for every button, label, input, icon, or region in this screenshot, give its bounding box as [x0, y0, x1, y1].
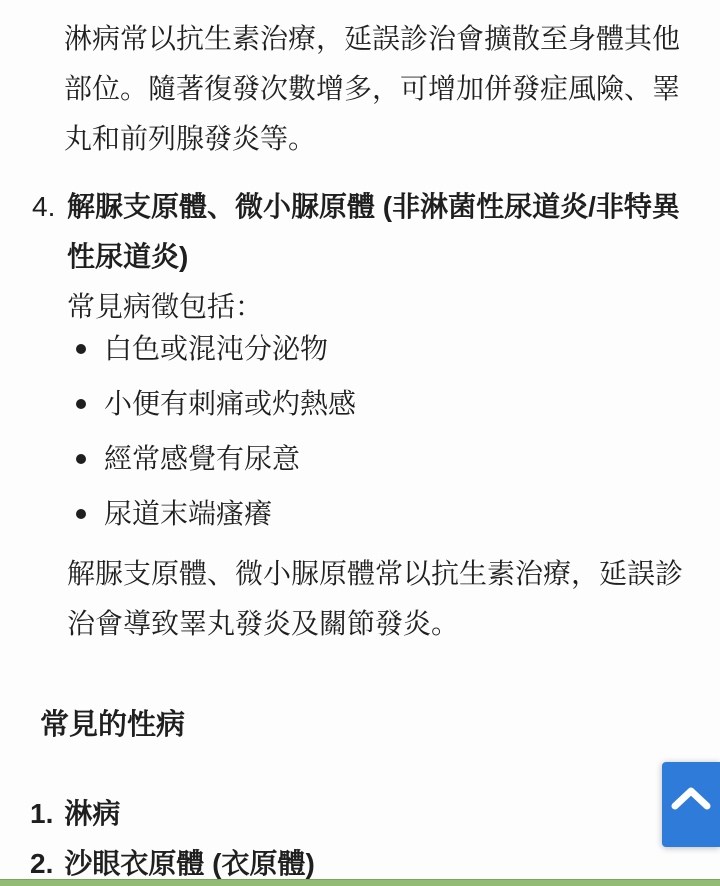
std-list: 1. 淋病 2. 沙眼衣原體 (衣原體) [30, 789, 720, 886]
list-item-4: 4. 解脲支原體、微小脲原體 (非淋菌性尿道炎/非特異性尿道炎) 常見病徵包括：… [32, 182, 690, 649]
item-number: 4. [32, 182, 67, 649]
std-item-number: 1. [30, 789, 53, 839]
gonorrhea-treatment-paragraph: 淋病常以抗生素治療，延誤診治會擴散至身體其他部位。隨著復發次數增多，可增加併發症… [0, 0, 720, 164]
bullet-icon [76, 344, 86, 354]
item-body: 解脲支原體、微小脲原體 (非淋菌性尿道炎/非特異性尿道炎) 常見病徵包括： 白色… [67, 182, 690, 649]
list-item: 白色或混沌分泌物 [67, 324, 690, 374]
list-item: 經常感覺有尿意 [67, 434, 690, 484]
bullet-icon [76, 399, 86, 409]
std-item-label: 淋病 [64, 789, 120, 839]
list-item: 1. 淋病 [30, 789, 720, 839]
article-page: 淋病常以抗生素治療，延誤診治會擴散至身體其他部位。隨著復發次數增多，可增加併發症… [0, 0, 720, 886]
footer-green-bar [0, 879, 720, 886]
symptom-label: 經常感覺有尿意 [104, 443, 300, 474]
bullet-icon [76, 509, 86, 519]
chevron-up-icon [671, 786, 711, 810]
list-item: 小便有刺痛或灼熱感 [67, 379, 690, 429]
item4-title: 解脲支原體、微小脲原體 (非淋菌性尿道炎/非特異性尿道炎) [67, 182, 690, 282]
symptom-label: 白色或混沌分泌物 [104, 333, 328, 364]
symptom-label: 尿道末端瘙癢 [104, 498, 272, 529]
section-heading: 常見的性病 [40, 703, 720, 747]
back-to-top-button[interactable] [662, 762, 720, 847]
bullet-icon [76, 454, 86, 464]
symptom-label: 小便有刺痛或灼熱感 [104, 388, 356, 419]
list-item: 尿道末端瘙癢 [67, 489, 690, 539]
treatment-paragraph: 解脲支原體、微小脲原體常以抗生素治療，延誤診治會導致睪丸發炎及關節發炎。 [67, 549, 690, 649]
symptoms-list: 白色或混沌分泌物 小便有刺痛或灼熱感 經常感覺有尿意 尿道末端瘙癢 [67, 324, 690, 539]
